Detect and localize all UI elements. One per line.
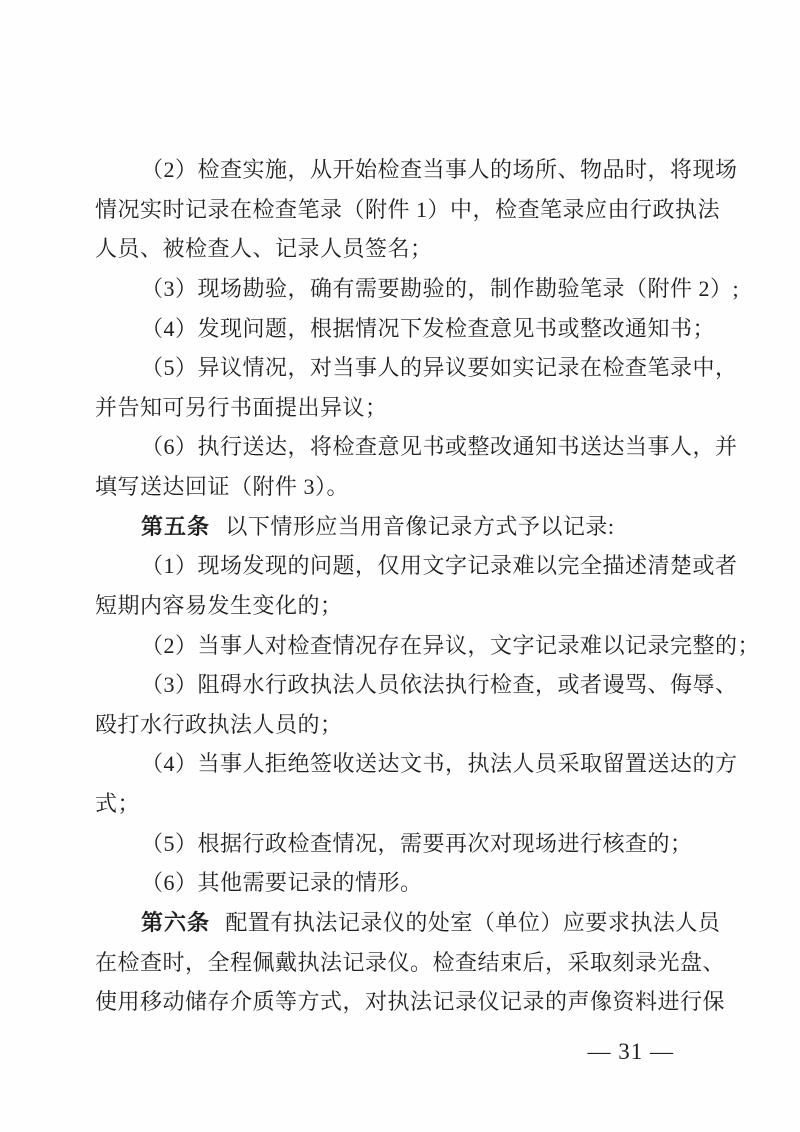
text-line: （1）现场发现的问题，仅用文字记录难以完全描述清楚或者: [95, 546, 715, 586]
text-line: 短期内容易发生变化的；: [95, 586, 715, 626]
text-line: （5）异议情况，对当事人的异议要如实记录在检查笔录中，: [95, 348, 715, 388]
document-page: （2）检查实施，从开始检查当事人的场所、物品时，将现场情况实时记录在检查笔录（附…: [0, 0, 800, 1132]
text-line: 在检查时，全程佩戴执法记录仪。检查结束后，采取刻录光盘、: [95, 943, 715, 983]
text-line: 情况实时记录在检查笔录（附件 1）中，检查笔录应由行政执法: [95, 190, 715, 230]
text-line: （2）检查实施，从开始检查当事人的场所、物品时，将现场: [95, 150, 715, 190]
text-line: 人员、被检查人、记录人员签名；: [95, 229, 715, 269]
page-number: — 31 —: [588, 1038, 675, 1066]
text-line: 第五条以下情形应当用音像记录方式予以记录:: [95, 507, 715, 547]
text-line: 第六条配置有执法记录仪的处室（单位）应要求执法人员: [95, 903, 715, 943]
text-line: （5）根据行政检查情况，需要再次对现场进行核查的；: [95, 824, 715, 864]
article-label: 第五条: [141, 514, 210, 539]
text-line: （3）现场勘验，确有需要勘验的，制作勘验笔录（附件 2）;: [95, 269, 715, 309]
text-line: （4）发现问题，根据情况下发检查意见书或整改通知书；: [95, 309, 715, 349]
text-line: 式；: [95, 784, 715, 824]
text-line: （2）当事人对检查情况存在异议，文字记录难以记录完整的；: [95, 626, 715, 666]
line-text: 以下情形应当用音像记录方式予以记录:: [225, 514, 614, 539]
article-label: 第六条: [141, 910, 210, 935]
text-content: （2）检查实施，从开始检查当事人的场所、物品时，将现场情况实时记录在检查笔录（附…: [95, 150, 715, 1022]
text-line: （6）执行送达，将检查意见书或整改通知书送达当事人，并: [95, 427, 715, 467]
text-line: 使用移动储存介质等方式，对执法记录仪记录的声像资料进行保: [95, 982, 715, 1022]
text-line: （6）其他需要记录的情形。: [95, 863, 715, 903]
text-line: 殴打水行政执法人员的；: [95, 705, 715, 745]
text-line: 填写送达回证（附件 3）。: [95, 467, 715, 507]
text-line: （4）当事人拒绝签收送达文书，执法人员采取留置送达的方: [95, 744, 715, 784]
line-text: 配置有执法记录仪的处室（单位）应要求执法人员: [225, 910, 720, 935]
text-line: （3）阻碍水行政执法人员依法执行检查，或者谩骂、侮辱、: [95, 665, 715, 705]
text-line: 并告知可另行书面提出异议；: [95, 388, 715, 428]
